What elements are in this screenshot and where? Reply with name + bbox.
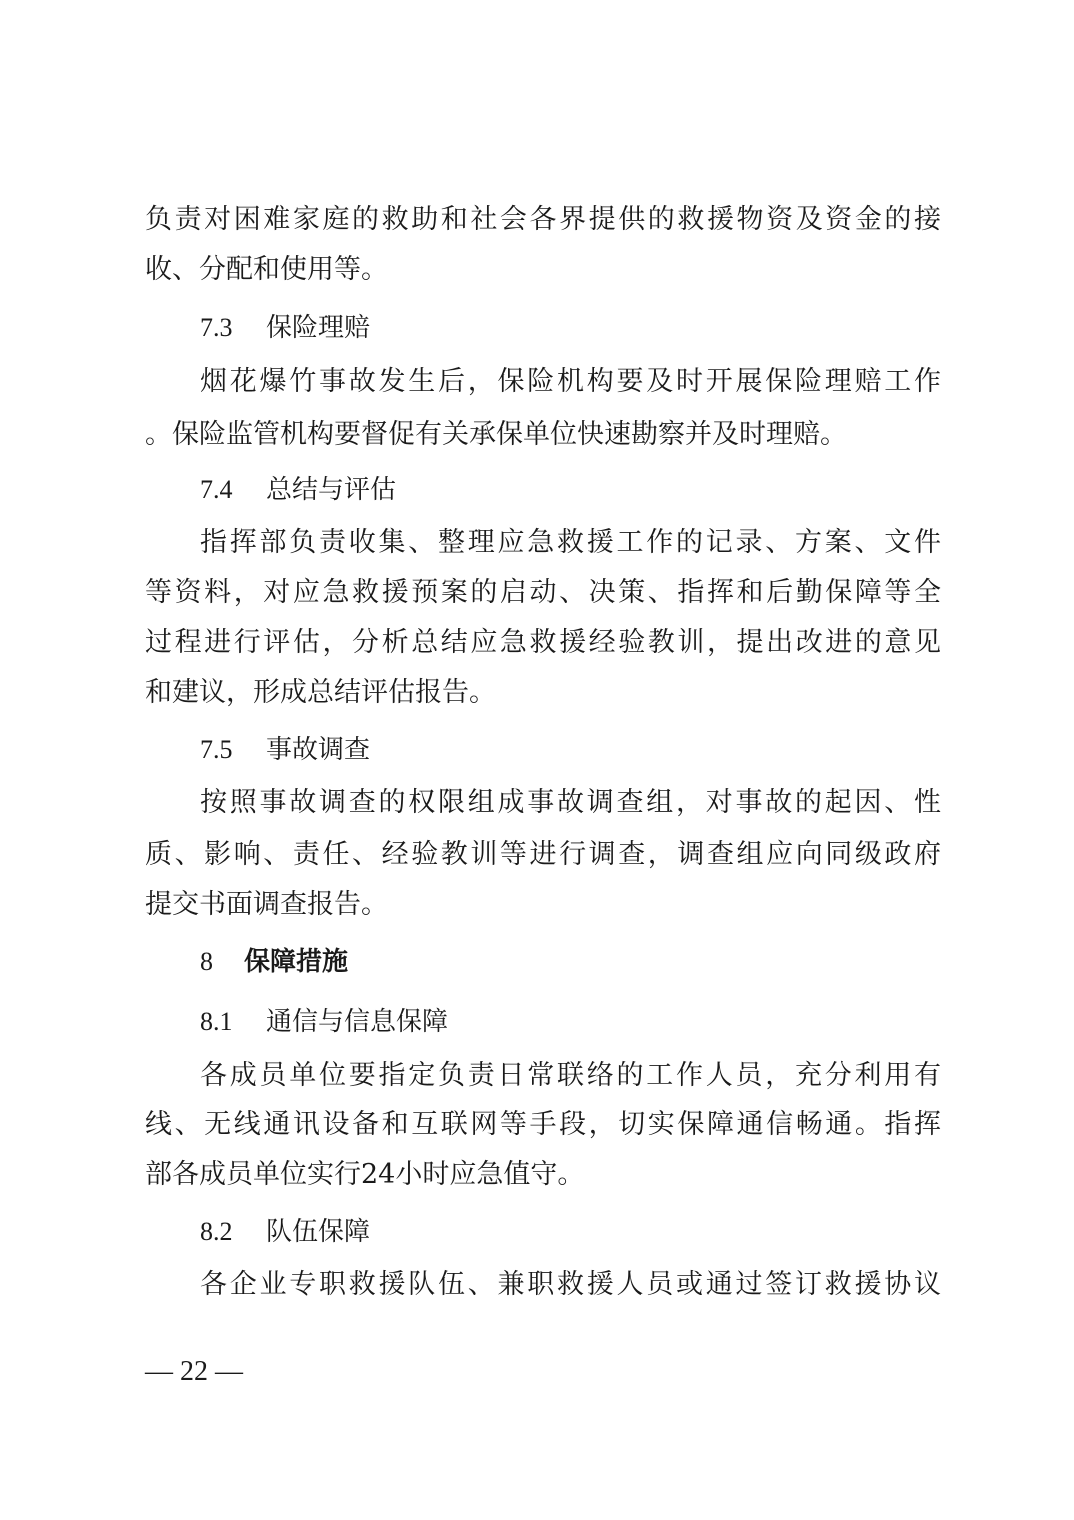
section-title: 队伍保障: [266, 1217, 370, 1247]
section-number: 7.4: [200, 470, 266, 510]
paragraph-line: 和建议，形成总结评估报告。: [145, 673, 941, 713]
section-heading-8-1: 8.1通信与信息保障: [200, 1002, 448, 1042]
section-number: 8.2: [200, 1212, 266, 1252]
section-number: 7.5: [200, 730, 266, 770]
paragraph-line: 各成员单位要指定负责日常联络的工作人员，充分利用有: [200, 1056, 941, 1096]
paragraph-line: 质、影响、责任、经验教训等进行调查，调查组应向同级政府: [145, 835, 941, 875]
section-title: 保险理赔: [266, 313, 370, 343]
paragraph-line: 。保险监管机构要督促有关承保单位快速勘察并及时理赔。: [145, 415, 941, 455]
section-heading-7-4: 7.4总结与评估: [200, 470, 396, 510]
paragraph-line: 指挥部负责收集、整理应急救援工作的记录、方案、文件: [200, 523, 941, 563]
paragraph-line: 收、分配和使用等。: [145, 250, 941, 290]
section-title: 通信与信息保障: [266, 1007, 448, 1037]
paragraph-line: 提交书面调查报告。: [145, 885, 941, 925]
paragraph-line: 各企业专职救援队伍、兼职救援人员或通过签订救援协议: [200, 1265, 941, 1305]
paragraph-line: 部各成员单位实行24小时应急值守。: [145, 1155, 941, 1195]
document-page: 负责对困难家庭的救助和社会各界提供的救援物资及资金的接 收、分配和使用等。 7.…: [0, 0, 1074, 1520]
chapter-number: 8: [200, 942, 244, 982]
paragraph-line: 按照事故调查的权限组成事故调查组，对事故的起因、性: [200, 783, 941, 823]
section-heading-7-3: 7.3保险理赔: [200, 308, 370, 348]
paragraph-line: 负责对困难家庭的救助和社会各界提供的救援物资及资金的接: [145, 200, 941, 240]
section-heading-7-5: 7.5事故调查: [200, 730, 370, 770]
paragraph-line: 等资料，对应急救援预案的启动、决策、指挥和后勤保障等全: [145, 573, 941, 613]
chapter-title: 保障措施: [244, 947, 348, 977]
page-number: — 22 —: [145, 1352, 243, 1392]
paragraph-line: 烟花爆竹事故发生后，保险机构要及时开展保险理赔工作: [200, 362, 941, 402]
section-heading-8-2: 8.2队伍保障: [200, 1212, 370, 1252]
paragraph-line: 线、无线通讯设备和互联网等手段，切实保障通信畅通。指挥: [145, 1105, 941, 1145]
section-title: 事故调查: [266, 735, 370, 765]
section-number: 8.1: [200, 1002, 266, 1042]
chapter-heading-8: 8保障措施: [200, 942, 348, 982]
section-number: 7.3: [200, 308, 266, 348]
section-title: 总结与评估: [266, 475, 396, 505]
paragraph-line: 过程进行评估，分析总结应急救援经验教训，提出改进的意见: [145, 623, 941, 663]
